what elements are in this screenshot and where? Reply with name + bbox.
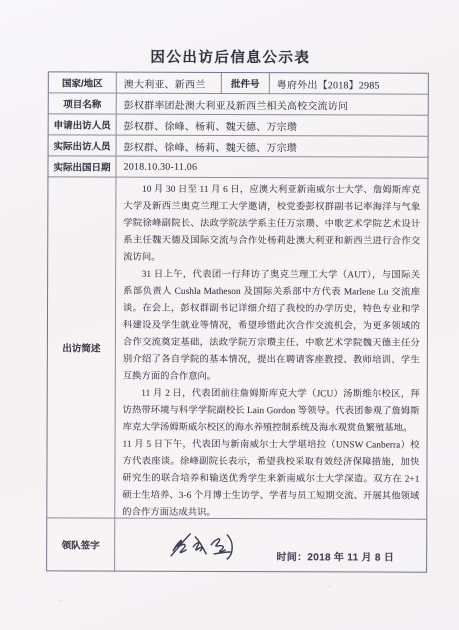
- table-row-signature: 领队签字 时间：2018 年 11 月 8 日: [47, 518, 426, 571]
- page-title: 因公出访后信息公示表: [1, 45, 459, 68]
- form-table: 国家/地区 澳大利亚、新西兰 批件号 粤府外出【2018】2985 项目名称 彭…: [46, 71, 429, 572]
- summary-paragraph: 31 日上午，代表团一行拜访了奥克兰理工大学（AUT），与国际关系部负责人 Cu…: [123, 267, 420, 387]
- leader-signature-label: 领队签字: [47, 518, 115, 570]
- travel-dates-label: 实际出国日期: [48, 156, 116, 176]
- country-value: 澳大利亚、新西兰: [117, 73, 222, 93]
- summary-paragraph: 11 月 5 日下午，代表团与新南威尔士大学堪培拉（UNSW Canberra）…: [122, 437, 419, 519]
- leader-handwritten-signature: [167, 525, 245, 565]
- scan-speck: [229, 480, 232, 482]
- table-row-visit-summary: 出访简述 10 月 30 日至 11 月 6 日，应澳大利亚新南威尔士大学、詹姆…: [47, 177, 427, 519]
- scan-speck: [59, 599, 63, 601]
- table-row-project: 项目名称 彭权群率团赴澳大利亚及新西兰相关高校交流访问: [49, 93, 428, 115]
- applicants-label: 申请出访人员: [49, 114, 117, 134]
- table-row-country: 国家/地区 澳大利亚、新西兰 批件号 粤府外出【2018】2985: [49, 72, 428, 94]
- scan-speck: [329, 585, 331, 587]
- actual-travelers-value: 彭权群、徐峰、杨莉、魏天德、万宗瓒: [117, 136, 428, 157]
- project-name-label: 项目名称: [49, 93, 117, 113]
- table-row-actual-travelers: 实际出访人员 彭权群、徐峰、杨莉、魏天德、万宗瓒: [49, 135, 428, 157]
- visit-summary-text: 10 月 30 日至 11 月 6 日，应澳大利亚新南威尔士大学、詹姆斯库克大学…: [115, 178, 427, 519]
- travel-dates-value: 2018.10.30-11.06: [116, 157, 427, 178]
- applicants-value: 彭权群、徐峰、杨莉、魏天德、万宗瓒: [117, 115, 428, 136]
- approval-number-value: 粤府外出【2018】2985: [270, 73, 428, 94]
- scanned-form-page: 因公出访后信息公示表 国家/地区 澳大利亚、新西兰 批件号 粤府外出【2018】…: [0, 0, 459, 630]
- table-row-applicants: 申请出访人员 彭权群、徐峰、杨莉、魏天德、万宗瓒: [49, 114, 428, 136]
- summary-paragraph: 11 月 2 日，代表团前往詹姆斯库克大学（JCU）汤斯维尔校区，拜访热带环境与…: [123, 386, 420, 438]
- summary-paragraph: 10 月 30 日至 11 月 6 日，应澳大利亚新南威尔士大学、詹姆斯库克大学…: [123, 182, 420, 268]
- table-row-travel-dates: 实际出国日期 2018.10.30-11.06: [48, 156, 427, 178]
- project-name-value: 彭权群率团赴澳大利亚及新西兰相关高校交流访问: [117, 94, 428, 115]
- visit-summary-label: 出访简述: [47, 177, 116, 517]
- country-label: 国家/地区: [49, 72, 117, 92]
- approval-number-label: 批件号: [222, 73, 270, 93]
- actual-travelers-label: 实际出访人员: [49, 135, 117, 155]
- signature-cell: 时间：2018 年 11 月 8 日: [115, 519, 426, 572]
- signature-date: 时间：2018 年 11 月 8 日: [276, 548, 394, 563]
